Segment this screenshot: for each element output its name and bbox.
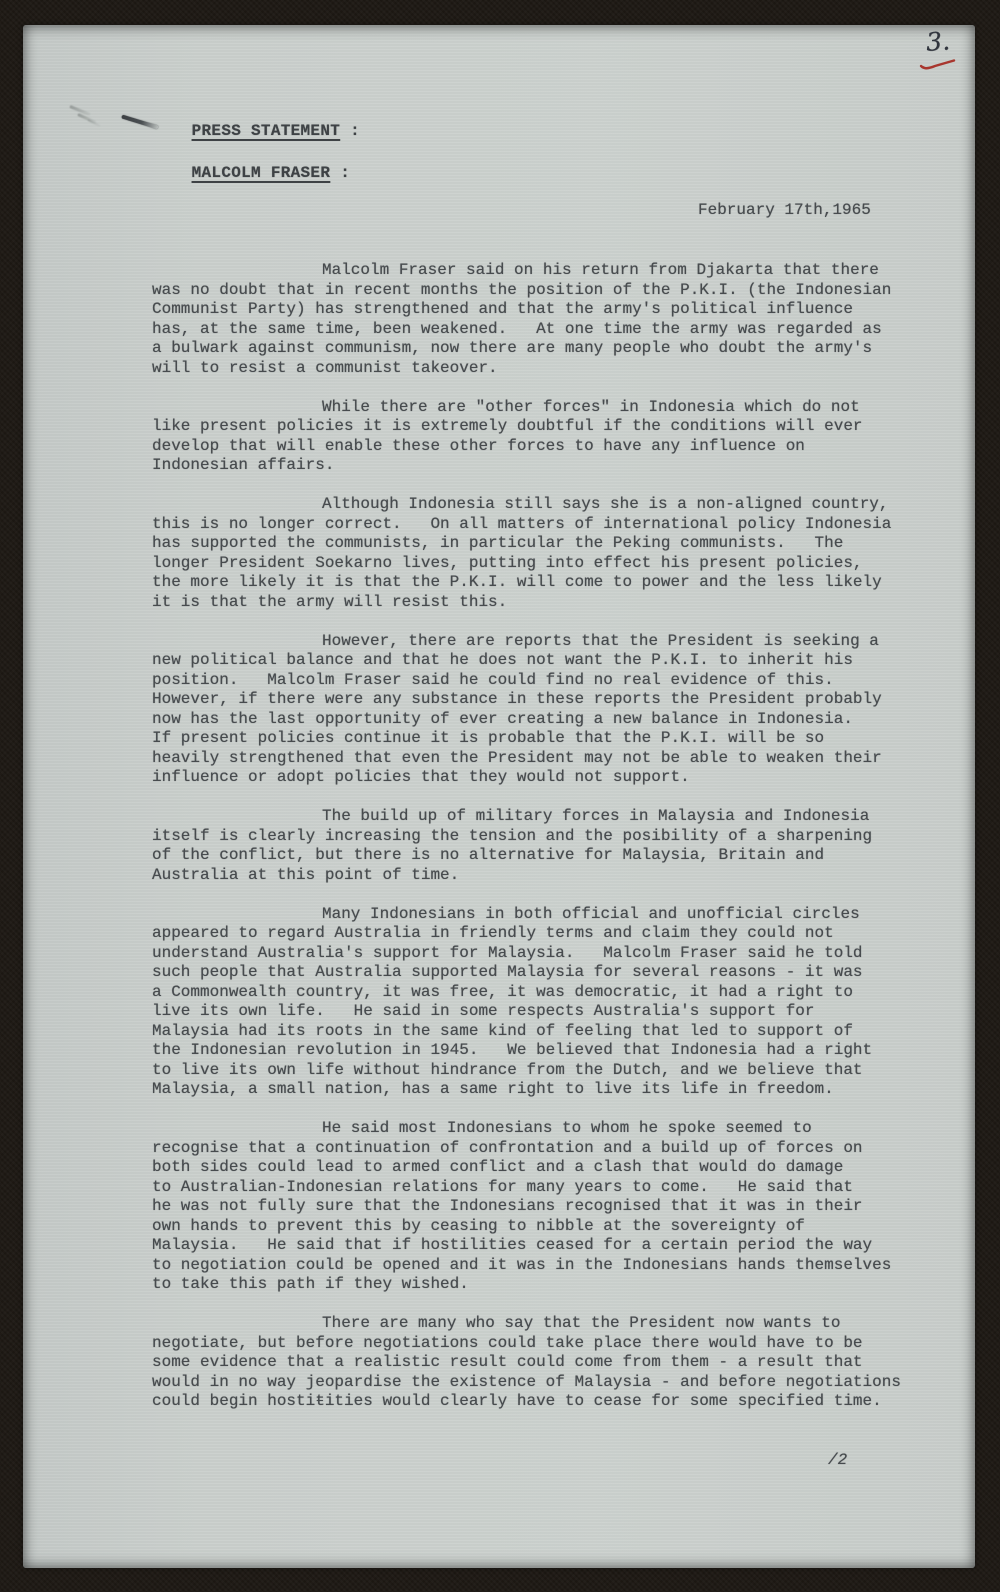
author-colon: : [340, 164, 350, 182]
pencil-smudge-mark [69, 105, 109, 129]
title-malcolm-fraser: MALCOLM FRASER [192, 164, 331, 182]
red-check-mark [918, 55, 958, 71]
document-page: 3. PRESS STATEMENT: MALCOLM FRASER: Febr… [23, 25, 975, 1568]
document-author: MALCOLM FRASER: [152, 144, 350, 203]
paragraph: Many Indonesians in both official and un… [152, 905, 942, 1100]
paragraph: Although Indonesia still says she is a n… [152, 495, 942, 612]
paragraph: However, there are reports that the Pres… [152, 632, 942, 788]
paragraph: Malcolm Fraser said on his return from D… [152, 261, 942, 378]
statement-body: Malcolm Fraser said on his return from D… [152, 261, 942, 1431]
handwritten-page-number: 3. [925, 26, 951, 57]
paragraph: There are many who say that the Presiden… [152, 1314, 942, 1412]
title-colon: : [350, 122, 360, 140]
continuation-page-marker: /2 [828, 1451, 847, 1471]
paragraph: The build up of military forces in Malay… [152, 807, 942, 885]
scan-background: { "annotations": { "handwritten_page_num… [0, 0, 1000, 1592]
title-press-statement: PRESS STATEMENT [192, 122, 341, 140]
date-line: February 17th,1965 [698, 201, 871, 221]
paragraph: While there are "other forces" in Indone… [152, 398, 942, 476]
paragraph: He said most Indonesians to whom he spok… [152, 1119, 942, 1295]
